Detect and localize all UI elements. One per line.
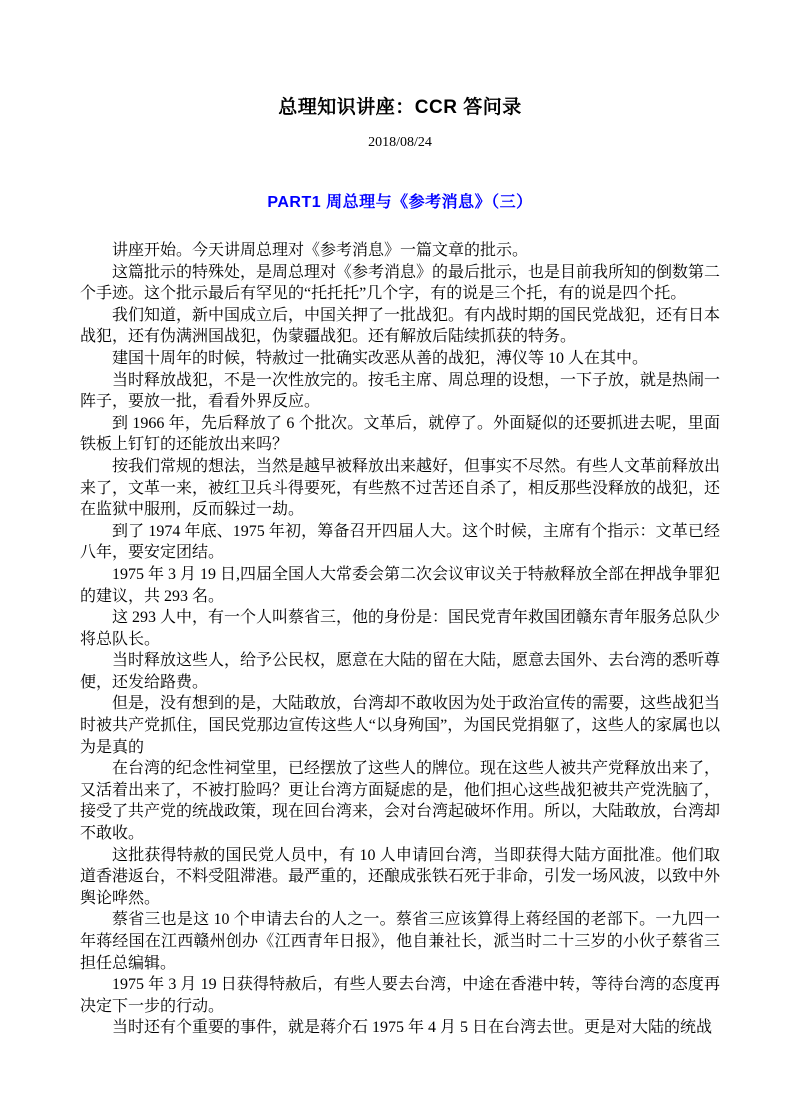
paragraph: 1975 年 3 月 19 日,四届全国人大常委会第二次会议审议关于特赦释放全部… bbox=[80, 564, 720, 607]
paragraph: 在台湾的纪念性祠堂里，已经摆放了这些人的牌位。现在这些人被共产党释放出来了，又活… bbox=[80, 758, 720, 844]
page-title: 总理知识讲座：CCR 答问录 bbox=[80, 97, 720, 119]
paragraph: 这批获得特赦的国民党人员中，有 10 人申请回台湾，当即获得大陆方面批准。他们取… bbox=[80, 845, 720, 910]
document-date: 2018/08/24 bbox=[80, 134, 720, 151]
paragraph: 讲座开始。今天讲周总理对《参考消息》一篇文章的批示。 bbox=[80, 240, 720, 262]
paragraph: 这 293 人中，有一个人叫蔡省三，他的身份是：国民党青年救国团赣东青年服务总队… bbox=[80, 607, 720, 650]
paragraph: 当时释放战犯，不是一次性放完的。按毛主席、周总理的设想，一下子放，就是热闹一阵子… bbox=[80, 370, 720, 413]
paragraph: 到 1966 年，先后释放了 6 个批次。文革后，就停了。外面疑似的还要抓进去呢… bbox=[80, 413, 720, 456]
section-heading: PART1 周总理与《参考消息》（三） bbox=[80, 193, 720, 213]
paragraph: 但是，没有想到的是，大陆敢放，台湾却不敢收因为处于政治宣传的需要，这些战犯当时被… bbox=[80, 693, 720, 758]
document-body: 讲座开始。今天讲周总理对《参考消息》一篇文章的批示。这篇批示的特殊处，是周总理对… bbox=[80, 240, 720, 1039]
paragraph: 1975 年 3 月 19 日获得特赦后，有些人要去台湾，中途在香港中转，等待台… bbox=[80, 974, 720, 1017]
document-page: 总理知识讲座：CCR 答问录 2018/08/24 PART1 周总理与《参考消… bbox=[0, 0, 800, 1100]
paragraph: 蔡省三也是这 10 个申请去台的人之一。蔡省三应该算得上蒋经国的老部下。一九四一… bbox=[80, 909, 720, 974]
paragraph: 这篇批示的特殊处，是周总理对《参考消息》的最后批示，也是目前我所知的倒数第二个手… bbox=[80, 262, 720, 305]
paragraph: 到了 1974 年底、1975 年初，筹备召开四届人大。这个时候，主席有个指示：… bbox=[80, 521, 720, 564]
paragraph: 当时释放这些人，给予公民权，愿意在大陆的留在大陆，愿意去国外、去台湾的悉听尊便，… bbox=[80, 650, 720, 693]
paragraph: 建国十周年的时候，特赦过一批确实改恶从善的战犯，溥仪等 10 人在其中。 bbox=[80, 348, 720, 370]
paragraph: 按我们常规的想法，当然是越早被释放出来越好，但事实不尽然。有些人文革前释放出来了… bbox=[80, 456, 720, 521]
paragraph: 我们知道，新中国成立后，中国关押了一批战犯。有内战时期的国民党战犯，还有日本战犯… bbox=[80, 305, 720, 348]
paragraph: 当时还有个重要的事件，就是蒋介石 1975 年 4 月 5 日在台湾去世。更是对… bbox=[80, 1017, 720, 1039]
